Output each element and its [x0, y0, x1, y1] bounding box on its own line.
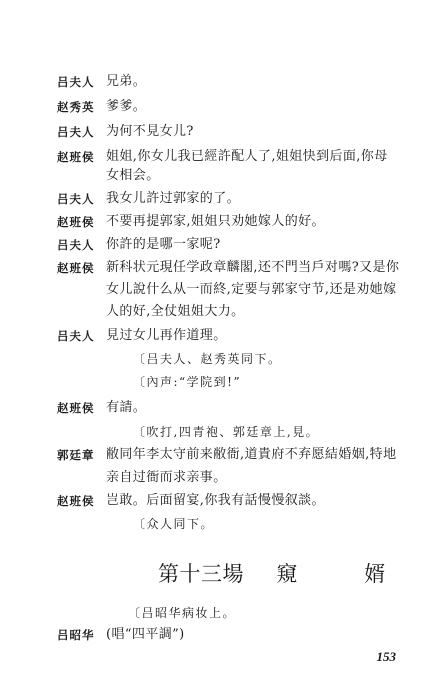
dialogue-text: 新科状元現任学政章麟閣,还不門当戶对嗎?又是你 [106, 257, 399, 279]
dialogue-line: 赵班侯 有請。 [0, 397, 434, 419]
page-number: 153 [377, 649, 397, 665]
stage-direction-text: 〔內声:“学院到!” [133, 371, 241, 393]
stage-direction-text: 〔吹打,四青袍、郭廷章上,見。 [133, 421, 319, 443]
dialogue-text: (唱“四平調”) [106, 624, 185, 646]
scene-number: 第十三場 [158, 562, 244, 586]
dialogue-continuation: 女儿說什么从一而終,定要与郭家守节,还是劝她嫁 [0, 279, 434, 301]
speaker-name: 吕夫人 [57, 121, 95, 143]
dialogue-text: 女儿說什么从一而終,定要与郭家守节,还是劝她嫁 [106, 279, 396, 301]
dialogue-text: 为何不見女儿? [106, 121, 194, 143]
scene-title-char: 婿 [364, 562, 386, 586]
stage-direction: 〔吕夫人、赵秀英同下。 [0, 348, 434, 370]
dialogue-line: 赵班侯 新科状元現任学政章麟閣,还不門当戶对嗎?又是你 [0, 257, 434, 279]
dialogue-continuation: 女相会。 [0, 165, 434, 187]
dialogue-line: 赵秀英 爹爹。 [0, 96, 434, 118]
dialogue-text: 人的好,全仗姐姐大力。 [106, 301, 245, 323]
dialogue-text: 你許的是哪一家呢? [106, 234, 221, 256]
scene-heading: 第十三場 窺 婿 [158, 558, 386, 588]
dialogue-line: 吕夫人 兄弟。 [0, 71, 434, 93]
dialogue-text: 亲自过衙而求亲事。 [106, 467, 227, 489]
dialogue-line: 吕夫人 为何不見女儿? [0, 121, 434, 143]
dialogue-continuation: 亲自过衙而求亲事。 [0, 467, 434, 489]
speaker-name: 赵秀英 [57, 96, 95, 118]
dialogue-continuation: 人的好,全仗姐姐大力。 [0, 301, 434, 323]
dialogue-line: 吕夫人 你許的是哪一家呢? [0, 234, 434, 256]
stage-direction-text: 〔众人同下。 [133, 513, 214, 535]
speaker-name: 赵班侯 [57, 211, 95, 233]
scene-title-char: 窺 [276, 562, 298, 586]
dialogue-line: 吕昭华 (唱“四平調”) [0, 624, 434, 646]
stage-direction: 〔吕昭华病妆上。 [0, 602, 434, 624]
dialogue-text: 爹爹。 [106, 96, 146, 118]
speaker-name: 吕昭华 [57, 624, 95, 646]
speaker-name: 吕夫人 [57, 188, 95, 210]
stage-direction-text: 〔吕夫人、赵秀英同下。 [133, 348, 282, 370]
dialogue-text: 我女儿許过郭家的了。 [106, 188, 240, 210]
speaker-name: 赵班侯 [57, 257, 95, 279]
stage-direction-text: 〔吕昭华病妆上。 [128, 602, 236, 624]
speaker-name: 赵班侯 [57, 490, 95, 512]
dialogue-text: 有請。 [106, 397, 146, 419]
speaker-name: 吕夫人 [57, 325, 95, 347]
dialogue-line: 吕夫人 我女儿許过郭家的了。 [0, 188, 434, 210]
speaker-name: 赵班侯 [57, 397, 95, 419]
stage-direction: 〔內声:“学院到!” [0, 371, 434, 393]
stage-direction: 〔众人同下。 [0, 513, 434, 535]
dialogue-line: 赵班侯 岂敢。后面留宴,你我有話慢慢叙談。 [0, 490, 434, 512]
speaker-name: 郭廷章 [57, 444, 95, 466]
dialogue-text: 岂敢。后面留宴,你我有話慢慢叙談。 [106, 490, 325, 512]
speaker-name: 吕夫人 [57, 71, 95, 93]
dialogue-text: 女相会。 [106, 165, 160, 187]
speaker-name: 吕夫人 [57, 234, 95, 256]
dialogue-text: 兄弟。 [106, 71, 146, 93]
dialogue-text: 見过女儿再作道理。 [106, 325, 227, 347]
dialogue-text: 敝同年李太守前来敝衙,道貴府不弃愿結婚姻,特地 [106, 444, 396, 466]
dialogue-text: 不要再提郭家,姐姐只劝她嫁人的好。 [106, 211, 325, 233]
dialogue-line: 赵班侯 不要再提郭家,姐姐只劝她嫁人的好。 [0, 211, 434, 233]
dialogue-line: 郭廷章 敝同年李太守前来敝衙,道貴府不弃愿結婚姻,特地 [0, 444, 434, 466]
dialogue-line: 吕夫人 見过女儿再作道理。 [0, 325, 434, 347]
stage-direction: 〔吹打,四青袍、郭廷章上,見。 [0, 421, 434, 443]
